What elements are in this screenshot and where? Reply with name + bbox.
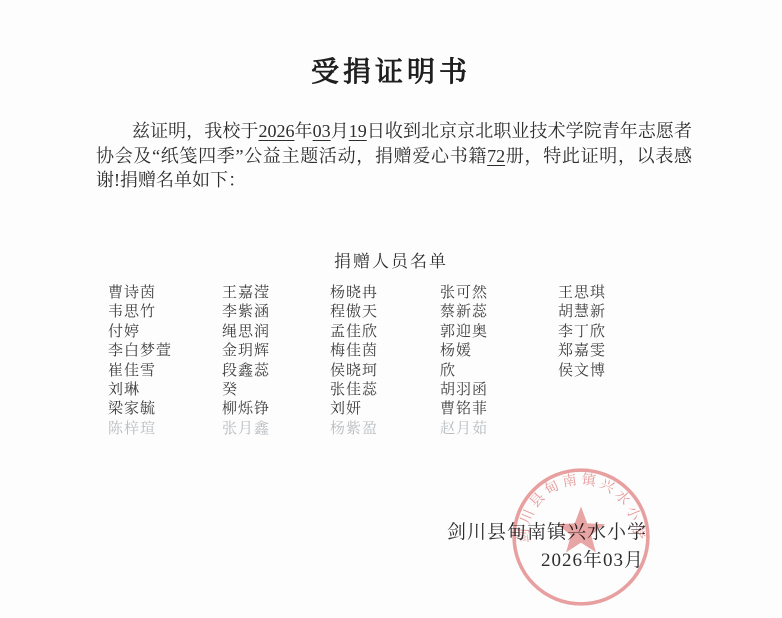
donor-name: 杨晓冉 xyxy=(330,284,440,303)
donor-name: 韦思竹 xyxy=(108,303,222,322)
donor-name: 郭迎奥 xyxy=(440,323,558,342)
donor-name: 柳烁铮 xyxy=(222,400,330,419)
donor-name: 崔佳雪 xyxy=(108,362,222,381)
donor-name: 陈梓瑄 xyxy=(108,420,222,439)
donor-name: 杨媛 xyxy=(440,342,558,361)
signature-date: 2026年03月 xyxy=(541,545,644,572)
donor-name: 侯文博 xyxy=(558,362,702,381)
filled-blank-value: 72 xyxy=(487,146,505,166)
donor-name xyxy=(558,381,702,400)
donor-name: 王嘉滢 xyxy=(222,284,330,303)
donor-name: 侯晓珂 xyxy=(330,362,440,381)
donor-name: 刘妍 xyxy=(330,400,440,419)
donor-name: 李白梦萱 xyxy=(108,342,222,361)
donor-name: 蔡新蕊 xyxy=(440,303,558,322)
donor-name: 张月鑫 xyxy=(222,420,330,439)
body-text-run: 月 xyxy=(331,121,349,141)
donor-name: 曹诗茵 xyxy=(108,284,222,303)
donor-name: 段鑫蕊 xyxy=(222,362,330,381)
donor-list-heading: 捐赠人员名单 xyxy=(0,247,782,272)
donor-name: 欣 xyxy=(440,362,558,381)
school-name: 剑川县甸南镇兴水小学 xyxy=(447,517,647,544)
certificate-document: 受捐证明书 兹证明，我校于2026年03月19日收到北京京北职业技术学院青年志愿… xyxy=(0,0,782,618)
donor-name: 李紫涵 xyxy=(222,303,330,322)
donor-name: 张佳蕊 xyxy=(330,381,440,400)
filled-blank-value: 2026 xyxy=(258,121,294,141)
body-paragraph: 兹证明，我校于2026年03月19日收到北京京北职业技术学院青年志愿者协会及“纸… xyxy=(96,119,692,193)
donor-name xyxy=(558,400,702,419)
donor-name: 王思琪 xyxy=(558,284,702,303)
donor-name: 梁家毓 xyxy=(108,400,222,419)
donor-name: 孟佳欣 xyxy=(330,323,440,342)
donor-name: 绳思润 xyxy=(222,323,330,342)
donor-name: 李丁欣 xyxy=(558,323,702,342)
donor-name: 杨紫盈 xyxy=(330,420,440,439)
donor-name: 金玥辉 xyxy=(222,342,330,361)
filled-blank-value: 03 xyxy=(313,121,331,141)
donor-name: 郑嘉雯 xyxy=(558,342,702,361)
donor-name: 曹铭菲 xyxy=(440,400,558,419)
document-title: 受捐证明书 xyxy=(0,50,782,90)
donor-name: 付婷 xyxy=(108,323,222,342)
donor-name: 赵月茹 xyxy=(440,420,558,439)
donor-name: 刘琳 xyxy=(108,381,222,400)
filled-blank-value: 19 xyxy=(349,121,367,141)
donor-list: 曹诗茵王嘉滢杨晓冉张可然王思琪韦思竹李紫涵程傲天蔡新蕊胡慧新付婷绳思润孟佳欣郭迎… xyxy=(108,284,702,439)
donor-name: 张可然 xyxy=(440,284,558,303)
donor-name: 胡慧新 xyxy=(558,303,702,322)
donor-name: 胡羽函 xyxy=(440,381,558,400)
donor-name: 程傲天 xyxy=(330,303,440,322)
donor-name: 癸 xyxy=(222,381,330,400)
body-text-run: 兹证明，我校于 xyxy=(132,121,258,141)
body-text-run: 年 xyxy=(294,121,312,141)
donor-name: 梅佳茵 xyxy=(330,342,440,361)
donor-name xyxy=(558,420,702,439)
